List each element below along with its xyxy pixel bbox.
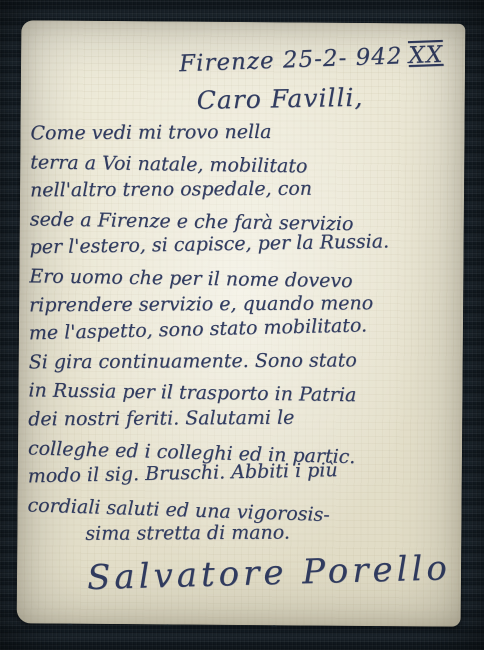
letter-date-place: Firenze 25-2- 942 (179, 43, 403, 77)
letter-date-era: XX (408, 42, 444, 69)
letter-body-line: Si gira continuamente. Sono stato (29, 345, 457, 376)
letter-body-line: Come vedi mi trovo nella (30, 117, 458, 148)
letter-body-line: per l'estero, si capisce, per la Russia. (29, 227, 457, 263)
letter-body-line: sima stretta di mano. (85, 518, 455, 549)
letter-salutation: Caro Favilli, (197, 83, 364, 115)
letter-date: Firenze 25-2- 942XX (179, 42, 444, 77)
letter-signature: Salvatore Porello (87, 548, 452, 598)
letter-body-line: nell'altro treno ospedale, con (30, 174, 458, 205)
letter-paper: Firenze 25-2- 942XX Caro Favilli, Come v… (17, 20, 466, 626)
letter-photo: Firenze 25-2- 942XX Caro Favilli, Come v… (0, 0, 484, 650)
letter-body-line: dei nostri feriti. Salutami le (28, 403, 456, 434)
letter-body: Come vedi mi trovo nella terra a Voi nat… (27, 119, 458, 551)
